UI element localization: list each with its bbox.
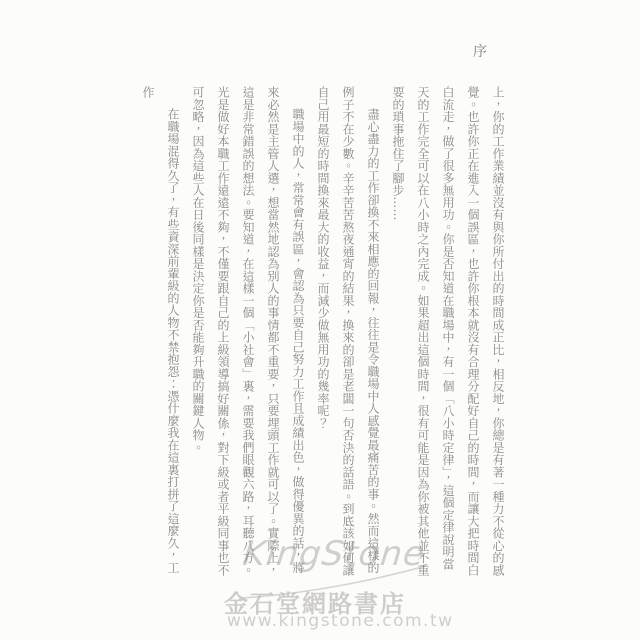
- preface-heading: 序: [473, 41, 487, 61]
- paragraph-4: 在職場混得久了，有些資深前輩級的人物不禁抱怨：憑什麼我在這裏打拼了這麼久，工作: [135, 86, 185, 580]
- kingstone-url-watermark: www.kingstone.com.tw: [227, 611, 454, 631]
- book-page: KingStone 金石堂網路書店 www.kingstone.com.tw 序…: [0, 0, 640, 640]
- paragraph-1: 上，你的工作業績並沒有與你所付出的時間成正比，相反地，你總是有著一種力不從心的感…: [385, 86, 510, 580]
- paragraph-2: 盡心盡力的工作卻換不來相應的回報，往往是令職場中人感覺最痛苦的事。然而這樣的例子…: [310, 86, 385, 580]
- preface-body-text: 上，你的工作業績並沒有與你所付出的時間成正比，相反地，你總是有著一種力不從心的感…: [135, 86, 510, 580]
- paragraph-3: 職場中的人，常常會有誤區，會認為只要自己努力工作且成績出色，做得優異的話，將來必…: [185, 86, 310, 580]
